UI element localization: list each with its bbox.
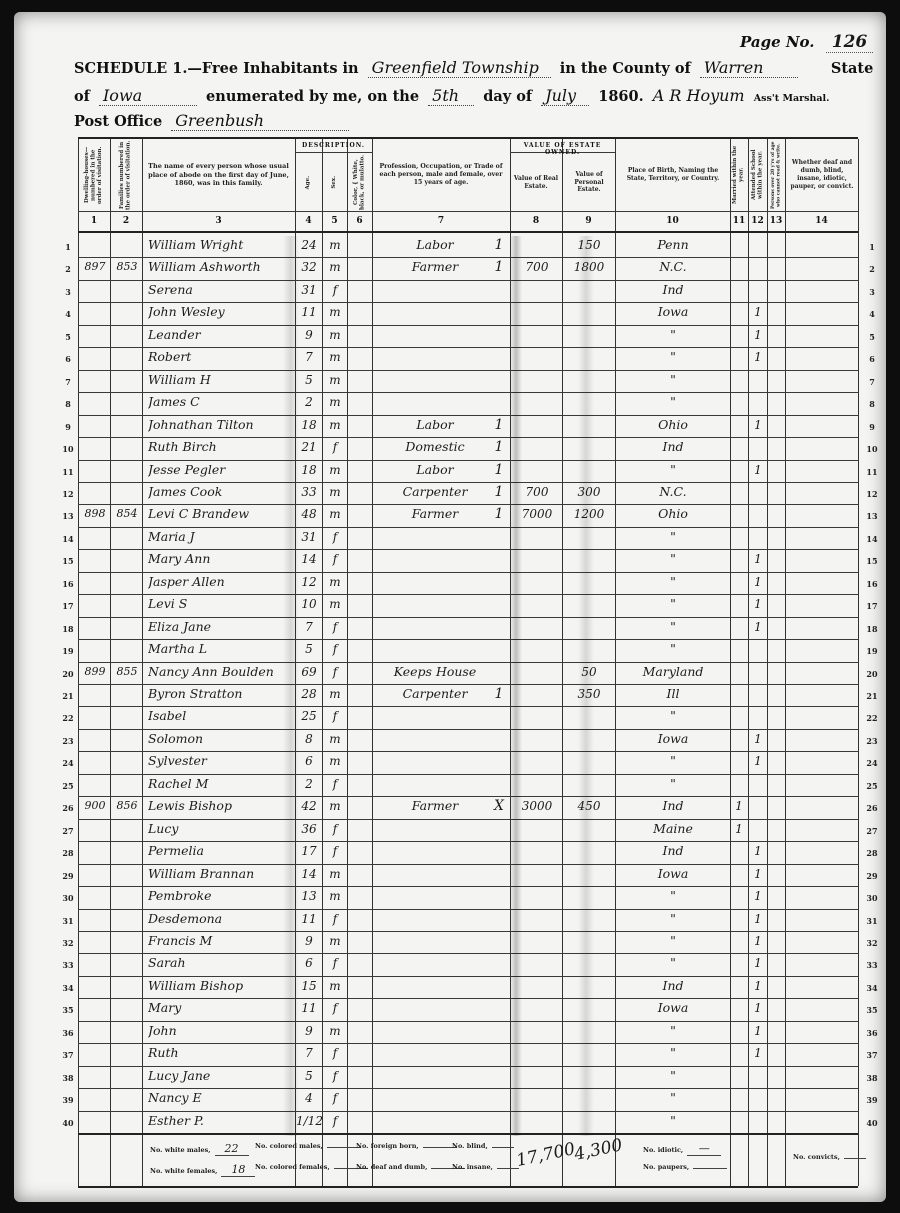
occupation-tally: 1 bbox=[490, 459, 508, 481]
birthplace: " bbox=[617, 571, 729, 593]
married-within-year bbox=[730, 773, 748, 795]
line-number: 24 bbox=[58, 758, 78, 768]
line-number: 7 bbox=[58, 377, 78, 387]
personal-estate-value bbox=[563, 436, 615, 458]
personal-estate-value bbox=[563, 369, 615, 391]
line-number: 38 bbox=[58, 1073, 78, 1083]
dwelling-number bbox=[80, 346, 110, 368]
cannot-read-write bbox=[767, 885, 785, 907]
age: 6 bbox=[296, 750, 322, 772]
real-estate-value bbox=[512, 885, 562, 907]
line-number: 38 bbox=[862, 1073, 882, 1083]
attended-school bbox=[749, 391, 767, 413]
sex: f bbox=[323, 548, 347, 570]
line-number: 28 bbox=[862, 848, 882, 858]
dwelling-number bbox=[80, 548, 110, 570]
real-estate-value bbox=[512, 750, 562, 772]
color bbox=[348, 369, 372, 391]
age: 21 bbox=[296, 436, 322, 458]
age: 2 bbox=[296, 773, 322, 795]
real-estate-value bbox=[512, 436, 562, 458]
personal-estate-value bbox=[563, 840, 615, 862]
color bbox=[348, 930, 372, 952]
cannot-read-write bbox=[767, 414, 785, 436]
age: 48 bbox=[296, 503, 322, 525]
line-number: 37 bbox=[58, 1050, 78, 1060]
sex: m bbox=[323, 503, 347, 525]
sex: f bbox=[323, 1065, 347, 1087]
header-age: Age. bbox=[295, 155, 322, 210]
footer-colored-females: No. colored females, bbox=[255, 1163, 368, 1171]
occupation-tally: X bbox=[490, 795, 508, 817]
person-name: Serena bbox=[148, 279, 293, 301]
dwelling-number bbox=[80, 908, 110, 930]
enumeration-line: of Iowa enumerated by me, on the 5th day… bbox=[74, 86, 829, 106]
person-name: Sarah bbox=[148, 952, 293, 974]
township-field: Greenfield Township bbox=[368, 58, 551, 78]
occupation-tally bbox=[490, 571, 508, 593]
occupation-tally bbox=[490, 391, 508, 413]
sex: f bbox=[323, 616, 347, 638]
state-field: Iowa bbox=[99, 86, 197, 106]
attended-school: 1 bbox=[749, 616, 767, 638]
occupation: Farmer bbox=[380, 256, 490, 278]
family-number bbox=[112, 369, 142, 391]
real-estate-value bbox=[512, 1087, 562, 1109]
family-number: 855 bbox=[112, 661, 142, 683]
occupation-tally: 1 bbox=[490, 256, 508, 278]
cannot-read-write bbox=[767, 459, 785, 481]
header-real-estate: Value of Real Estate. bbox=[512, 155, 560, 210]
enumerated-label: enumerated by me, on the bbox=[206, 88, 419, 105]
person-name: Mary Ann bbox=[148, 548, 293, 570]
dwelling-number bbox=[80, 773, 110, 795]
line-number: 3 bbox=[58, 287, 78, 297]
line-number: 15 bbox=[862, 556, 882, 566]
occupation-tally bbox=[490, 301, 508, 323]
cannot-read-write bbox=[767, 616, 785, 638]
dwelling-number bbox=[80, 526, 110, 548]
occupation-tally bbox=[490, 279, 508, 301]
age: 24 bbox=[296, 234, 322, 256]
birthplace: Ind bbox=[617, 436, 729, 458]
column-number: 10 bbox=[615, 213, 730, 229]
column-number: 14 bbox=[785, 213, 858, 229]
personal-estate-value bbox=[563, 1087, 615, 1109]
cannot-read-write bbox=[767, 571, 785, 593]
occupation bbox=[380, 548, 490, 570]
married-within-year bbox=[730, 459, 748, 481]
sex: m bbox=[323, 975, 347, 997]
birthplace: Iowa bbox=[617, 301, 729, 323]
personal-estate-value bbox=[563, 952, 615, 974]
color bbox=[348, 593, 372, 615]
sex: m bbox=[323, 256, 347, 278]
line-number: 2 bbox=[58, 264, 78, 274]
birthplace: " bbox=[617, 593, 729, 615]
attended-school: 1 bbox=[749, 750, 767, 772]
cannot-read-write bbox=[767, 840, 785, 862]
dwelling-number bbox=[80, 728, 110, 750]
occupation bbox=[380, 324, 490, 346]
family-number bbox=[112, 571, 142, 593]
attended-school: 1 bbox=[749, 346, 767, 368]
person-name: William H bbox=[148, 369, 293, 391]
person-name: Lucy Jane bbox=[148, 1065, 293, 1087]
married-within-year bbox=[730, 728, 748, 750]
family-number bbox=[112, 818, 142, 840]
family-number bbox=[112, 975, 142, 997]
line-number: 33 bbox=[862, 960, 882, 970]
real-estate-value bbox=[512, 369, 562, 391]
dwelling-number bbox=[80, 638, 110, 660]
family-number bbox=[112, 414, 142, 436]
line-number: 19 bbox=[862, 646, 882, 656]
age: 14 bbox=[296, 548, 322, 570]
married-within-year bbox=[730, 997, 748, 1019]
birthplace: " bbox=[617, 930, 729, 952]
married-within-year bbox=[730, 863, 748, 885]
personal-estate-value bbox=[563, 526, 615, 548]
real-estate-value bbox=[512, 638, 562, 660]
footer-white-males: No. white males,22 bbox=[150, 1142, 249, 1156]
personal-estate-value bbox=[563, 593, 615, 615]
occupation-tally bbox=[490, 1087, 508, 1109]
group-header-underline bbox=[295, 152, 372, 153]
birthplace: N.C. bbox=[617, 481, 729, 503]
personal-estate-value: 450 bbox=[563, 795, 615, 817]
birthplace: Maine bbox=[617, 818, 729, 840]
header-group-description: DESCRIPTION. bbox=[295, 142, 372, 149]
header-married: Married within the year. bbox=[730, 140, 748, 210]
color bbox=[348, 324, 372, 346]
line-number: 20 bbox=[58, 669, 78, 679]
sex: m bbox=[323, 459, 347, 481]
birthplace: " bbox=[617, 750, 729, 772]
married-within-year bbox=[730, 750, 748, 772]
marshal-signature: A R Hoyum bbox=[649, 86, 749, 105]
family-number bbox=[112, 346, 142, 368]
line-number: 4 bbox=[862, 309, 882, 319]
personal-estate-value: 1800 bbox=[563, 256, 615, 278]
dwelling-number bbox=[80, 459, 110, 481]
footer-convicts: No. convicts, bbox=[793, 1153, 866, 1161]
personal-estate-value bbox=[563, 1042, 615, 1064]
dwelling-number bbox=[80, 818, 110, 840]
cannot-read-write bbox=[767, 548, 785, 570]
line-number: 12 bbox=[862, 489, 882, 499]
occupation-tally: 1 bbox=[490, 414, 508, 436]
line-number: 5 bbox=[862, 332, 882, 342]
attended-school bbox=[749, 234, 767, 256]
occupation: Farmer bbox=[380, 503, 490, 525]
occupation bbox=[380, 391, 490, 413]
occupation-tally bbox=[490, 1042, 508, 1064]
attended-school bbox=[749, 683, 767, 705]
dwelling-number: 900 bbox=[80, 795, 110, 817]
dwelling-number bbox=[80, 705, 110, 727]
age: 17 bbox=[296, 840, 322, 862]
dwelling-number bbox=[80, 952, 110, 974]
sex: f bbox=[323, 908, 347, 930]
color bbox=[348, 616, 372, 638]
personal-estate-value bbox=[563, 324, 615, 346]
line-number: 19 bbox=[58, 646, 78, 656]
cannot-read-write bbox=[767, 952, 785, 974]
occupation: Carpenter bbox=[380, 481, 490, 503]
birthplace: " bbox=[617, 548, 729, 570]
attended-school bbox=[749, 279, 767, 301]
dwelling-number: 899 bbox=[80, 661, 110, 683]
person-name: Nancy Ann Boulden bbox=[148, 661, 293, 683]
personal-estate-value bbox=[563, 773, 615, 795]
line-number: 11 bbox=[862, 467, 882, 477]
line-number: 36 bbox=[862, 1028, 882, 1038]
table-top-border bbox=[78, 137, 858, 139]
real-estate-value bbox=[512, 301, 562, 323]
occupation bbox=[380, 930, 490, 952]
family-number bbox=[112, 638, 142, 660]
age: 42 bbox=[296, 795, 322, 817]
personal-estate-value bbox=[563, 1110, 615, 1132]
county-label: in the County of bbox=[560, 60, 691, 77]
personal-estate-value: 50 bbox=[563, 661, 615, 683]
line-number: 9 bbox=[58, 422, 78, 432]
sex: m bbox=[323, 930, 347, 952]
family-number bbox=[112, 952, 142, 974]
cannot-read-write bbox=[767, 279, 785, 301]
attended-school: 1 bbox=[749, 301, 767, 323]
sex: m bbox=[323, 593, 347, 615]
real-estate-value bbox=[512, 279, 562, 301]
personal-estate-value bbox=[563, 818, 615, 840]
of-label: of bbox=[74, 88, 90, 105]
personal-estate-value bbox=[563, 301, 615, 323]
column-number: 12 bbox=[748, 213, 767, 229]
occupation-tally bbox=[490, 952, 508, 974]
attended-school: 1 bbox=[749, 997, 767, 1019]
personal-estate-value bbox=[563, 1065, 615, 1087]
line-number: 11 bbox=[58, 467, 78, 477]
occupation bbox=[380, 593, 490, 615]
footer-blind: No. blind, bbox=[452, 1142, 514, 1150]
age: 11 bbox=[296, 997, 322, 1019]
age: 2 bbox=[296, 391, 322, 413]
color bbox=[348, 1110, 372, 1132]
line-number: 6 bbox=[58, 354, 78, 364]
family-number bbox=[112, 324, 142, 346]
color bbox=[348, 908, 372, 930]
line-number: 39 bbox=[58, 1095, 78, 1105]
line-number: 21 bbox=[862, 691, 882, 701]
occupation bbox=[380, 346, 490, 368]
attended-school: 1 bbox=[749, 324, 767, 346]
birthplace: " bbox=[617, 638, 729, 660]
occupation-tally bbox=[490, 369, 508, 391]
cannot-read-write bbox=[767, 1042, 785, 1064]
line-number: 23 bbox=[862, 736, 882, 746]
sex: f bbox=[323, 1087, 347, 1109]
family-number bbox=[112, 683, 142, 705]
personal-estate-value bbox=[563, 548, 615, 570]
personal-estate-value bbox=[563, 997, 615, 1019]
age: 25 bbox=[296, 705, 322, 727]
personal-estate-value: 300 bbox=[563, 481, 615, 503]
sex: m bbox=[323, 795, 347, 817]
attended-school: 1 bbox=[749, 975, 767, 997]
occupation-tally bbox=[490, 1110, 508, 1132]
line-number: 10 bbox=[58, 444, 78, 454]
real-estate-value bbox=[512, 616, 562, 638]
sex: m bbox=[323, 369, 347, 391]
occupation-tally bbox=[490, 997, 508, 1019]
attended-school bbox=[749, 503, 767, 525]
family-number: 853 bbox=[112, 256, 142, 278]
age: 15 bbox=[296, 975, 322, 997]
dwelling-number bbox=[80, 1110, 110, 1132]
column-number: 2 bbox=[110, 213, 142, 229]
cannot-read-write bbox=[767, 908, 785, 930]
header-name: The name of every person whose usual pla… bbox=[146, 140, 291, 210]
footer-foreign-born: No. foreign born, bbox=[356, 1142, 457, 1150]
line-number: 27 bbox=[862, 826, 882, 836]
line-number: 35 bbox=[58, 1005, 78, 1015]
header-school: Attended School within the year. bbox=[748, 140, 767, 210]
birthplace: " bbox=[617, 616, 729, 638]
married-within-year bbox=[730, 638, 748, 660]
birthplace: Ohio bbox=[617, 503, 729, 525]
birthplace: " bbox=[617, 459, 729, 481]
age: 13 bbox=[296, 885, 322, 907]
cannot-read-write bbox=[767, 369, 785, 391]
person-name: Robert bbox=[148, 346, 293, 368]
color bbox=[348, 503, 372, 525]
color bbox=[348, 436, 372, 458]
married-within-year bbox=[730, 256, 748, 278]
birthplace: Iowa bbox=[617, 728, 729, 750]
line-number: 33 bbox=[58, 960, 78, 970]
person-name: Solomon bbox=[148, 728, 293, 750]
dwelling-number bbox=[80, 1087, 110, 1109]
personal-estate-value bbox=[563, 885, 615, 907]
attended-school bbox=[749, 818, 767, 840]
dwelling-number bbox=[80, 369, 110, 391]
cannot-read-write bbox=[767, 705, 785, 727]
sex: m bbox=[323, 683, 347, 705]
married-within-year bbox=[730, 1020, 748, 1042]
line-number: 9 bbox=[862, 422, 882, 432]
real-estate-value bbox=[512, 571, 562, 593]
real-estate-value bbox=[512, 1065, 562, 1087]
personal-estate-value: 350 bbox=[563, 683, 615, 705]
dwelling-number bbox=[80, 975, 110, 997]
real-estate-value: 700 bbox=[512, 256, 562, 278]
line-number: 7 bbox=[862, 377, 882, 387]
header-dwelling: Dwelling-houses—numbered in the order of… bbox=[78, 140, 110, 210]
birthplace: Ind bbox=[617, 975, 729, 997]
occupation-tally bbox=[490, 863, 508, 885]
age: 7 bbox=[296, 346, 322, 368]
line-number: 29 bbox=[862, 871, 882, 881]
column-number: 5 bbox=[322, 213, 347, 229]
cannot-read-write bbox=[767, 750, 785, 772]
occupation-tally bbox=[490, 728, 508, 750]
married-within-year bbox=[730, 616, 748, 638]
color bbox=[348, 795, 372, 817]
footer-insane: No. insane, bbox=[452, 1163, 519, 1171]
dwelling-number bbox=[80, 593, 110, 615]
family-number bbox=[112, 863, 142, 885]
sex: f bbox=[323, 638, 347, 660]
sex: f bbox=[323, 1110, 347, 1132]
person-name: William Bishop bbox=[148, 975, 293, 997]
family-number bbox=[112, 705, 142, 727]
occupation-tally bbox=[490, 548, 508, 570]
occupation-tally bbox=[490, 908, 508, 930]
column-number: 4 bbox=[295, 213, 322, 229]
family-number bbox=[112, 1065, 142, 1087]
occupation bbox=[380, 885, 490, 907]
line-number: 14 bbox=[58, 534, 78, 544]
birthplace: " bbox=[617, 1020, 729, 1042]
line-number: 14 bbox=[862, 534, 882, 544]
birthplace: Ind bbox=[617, 840, 729, 862]
sex: f bbox=[323, 526, 347, 548]
married-within-year bbox=[730, 481, 748, 503]
occupation bbox=[380, 301, 490, 323]
line-number: 27 bbox=[58, 826, 78, 836]
occupation bbox=[380, 369, 490, 391]
occupation bbox=[380, 773, 490, 795]
family-number bbox=[112, 1042, 142, 1064]
cannot-read-write bbox=[767, 593, 785, 615]
attended-school bbox=[749, 481, 767, 503]
personal-estate-value bbox=[563, 346, 615, 368]
family-number bbox=[112, 459, 142, 481]
age: 32 bbox=[296, 256, 322, 278]
header-birthplace: Place of Birth, Naming the State, Territ… bbox=[618, 140, 728, 210]
color bbox=[348, 548, 372, 570]
real-estate-value bbox=[512, 773, 562, 795]
post-office-label: Post Office bbox=[74, 113, 162, 130]
real-estate-value bbox=[512, 683, 562, 705]
marshal-label: Ass't Marshal. bbox=[754, 93, 830, 104]
attended-school: 1 bbox=[749, 908, 767, 930]
married-within-year bbox=[730, 391, 748, 413]
person-name: Ruth bbox=[148, 1042, 293, 1064]
color bbox=[348, 705, 372, 727]
sex: f bbox=[323, 840, 347, 862]
person-name: Lucy bbox=[148, 818, 293, 840]
age: 18 bbox=[296, 459, 322, 481]
color bbox=[348, 638, 372, 660]
occupation-tally: 1 bbox=[490, 503, 508, 525]
married-within-year bbox=[730, 840, 748, 862]
sex: f bbox=[323, 773, 347, 795]
page-number-label: Page No. 126 bbox=[740, 32, 873, 52]
birthplace: " bbox=[617, 1042, 729, 1064]
occupation bbox=[380, 1042, 490, 1064]
dwelling-number bbox=[80, 301, 110, 323]
color bbox=[348, 481, 372, 503]
column-number: 11 bbox=[730, 213, 748, 229]
cannot-read-write bbox=[767, 997, 785, 1019]
cannot-read-write bbox=[767, 1020, 785, 1042]
color bbox=[348, 526, 372, 548]
line-number: 18 bbox=[862, 624, 882, 634]
column-number: 6 bbox=[347, 213, 372, 229]
age: 69 bbox=[296, 661, 322, 683]
